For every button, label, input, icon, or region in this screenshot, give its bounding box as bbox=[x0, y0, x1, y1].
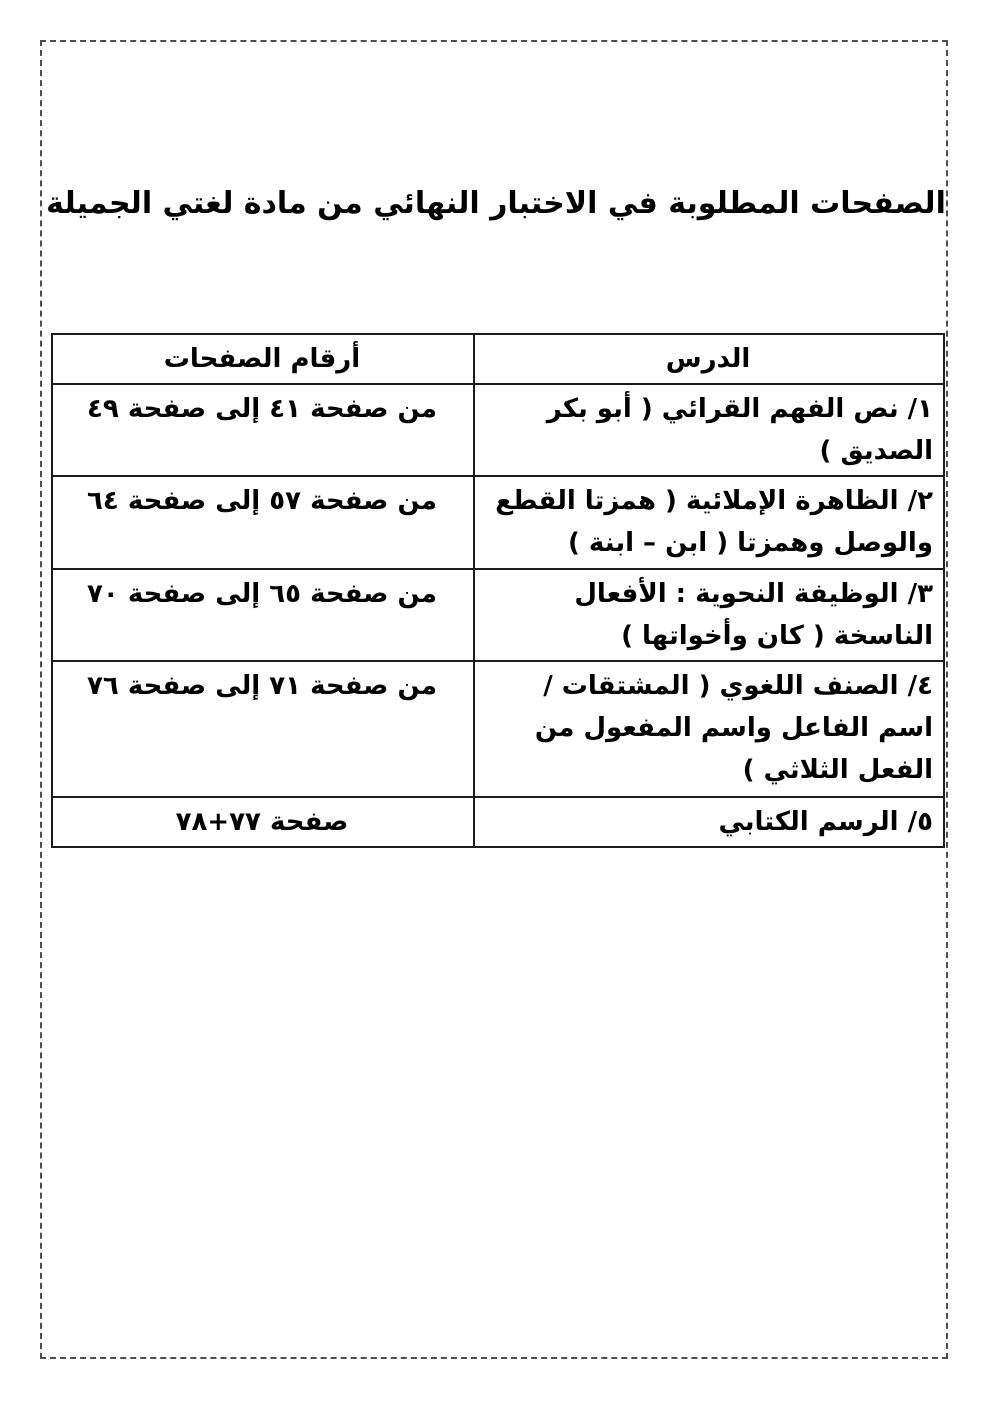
table-row: ٢/ الظاهرة الإملائية ( همزتا القطع والوص… bbox=[52, 476, 944, 568]
lesson-cell: ٤/ الصنف اللغوي ( المشتقات / اسم الفاعل … bbox=[474, 661, 944, 797]
column-header-pages: أرقام الصفحات bbox=[52, 334, 474, 384]
lesson-cell: ٥/ الرسم الكتابي bbox=[474, 797, 944, 847]
table-row: ١/ نص الفهم القرائي ( أبو بكر الصديق ) م… bbox=[52, 384, 944, 476]
table-row: ٤/ الصنف اللغوي ( المشتقات / اسم الفاعل … bbox=[52, 661, 944, 797]
table-row: ٣/ الوظيفة النحوية : الأفعال الناسخة ( ك… bbox=[52, 569, 944, 661]
lesson-cell: ٣/ الوظيفة النحوية : الأفعال الناسخة ( ك… bbox=[474, 569, 944, 661]
pages-cell: من صفحة ٥٧ إلى صفحة ٦٤ bbox=[52, 476, 474, 568]
pages-cell: من صفحة ٧١ إلى صفحة ٧٦ bbox=[52, 661, 474, 797]
page-title: الصفحات المطلوبة في الاختبار النهائي من … bbox=[0, 186, 992, 221]
pages-cell: من صفحة ٤١ إلى صفحة ٤٩ bbox=[52, 384, 474, 476]
table-row: ٥/ الرسم الكتابي صفحة ٧٧+٧٨ bbox=[52, 797, 944, 847]
lesson-cell: ٢/ الظاهرة الإملائية ( همزتا القطع والوص… bbox=[474, 476, 944, 568]
pages-cell: من صفحة ٦٥ إلى صفحة ٧٠ bbox=[52, 569, 474, 661]
pages-cell: صفحة ٧٧+٧٨ bbox=[52, 797, 474, 847]
lesson-cell: ١/ نص الفهم القرائي ( أبو بكر الصديق ) bbox=[474, 384, 944, 476]
table-header-row: الدرس أرقام الصفحات bbox=[52, 334, 944, 384]
lessons-table: الدرس أرقام الصفحات ١/ نص الفهم القرائي … bbox=[51, 333, 945, 848]
column-header-lesson: الدرس bbox=[474, 334, 944, 384]
